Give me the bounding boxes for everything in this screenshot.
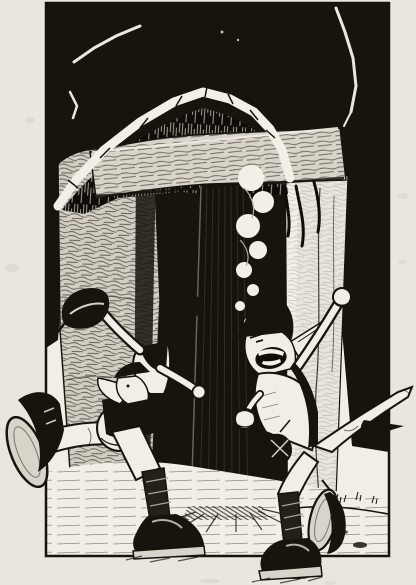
pebble (353, 542, 367, 548)
illustration-page (0, 0, 416, 585)
cave-background (46, 2, 389, 557)
illustration-canvas (0, 0, 416, 585)
eye (127, 385, 130, 388)
